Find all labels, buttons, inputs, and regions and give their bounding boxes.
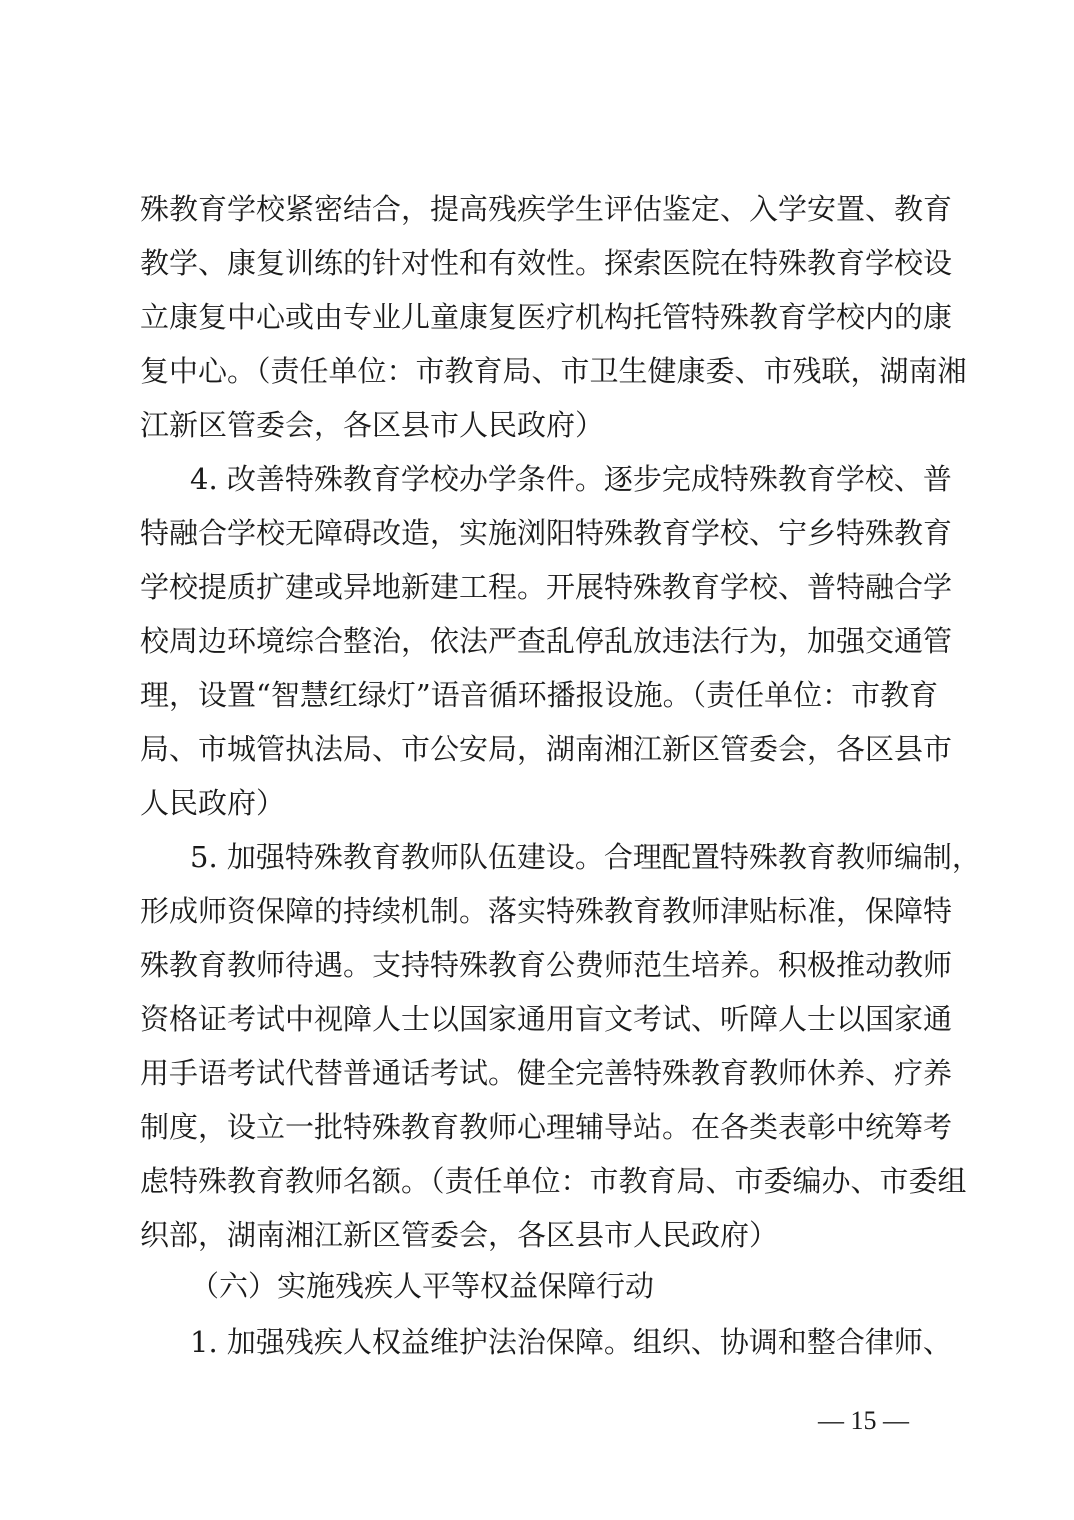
text-line: 殊教育教师待遇。支持特殊教育公费师范生培养。积极推动教师 <box>140 945 936 985</box>
text-line: 形成师资保障的持续机制。落实特殊教育教师津贴标准，保障特 <box>140 891 936 931</box>
text-line: 用手语考试代替普通话考试。健全完善特殊教育教师休养、疗养 <box>140 1053 936 1093</box>
text-line: 教学、康复训练的针对性和有效性。探索医院在特殊教育学校设 <box>140 243 936 283</box>
text-line: 立康复中心或由专业儿童康复医疗机构托管特殊教育学校内的康 <box>140 297 936 337</box>
section-heading: （六）实施残疾人平等权益保障行动 <box>190 1266 654 1306</box>
item-5-title-line: 5. 加强特殊教育教师队伍建设。合理配置特殊教育教师编制， <box>190 837 936 877</box>
document-page: 殊教育学校紧密结合，提高残疾学生评估鉴定、入学安置、教育 教学、康复训练的针对性… <box>0 0 1074 1520</box>
text-line: 织部，湖南湘江新区管委会，各区县市人民政府） <box>140 1215 936 1255</box>
text-line: 特融合学校无障碍改造，实施浏阳特殊教育学校、宁乡特殊教育 <box>140 513 936 553</box>
page-number: — 15 — <box>818 1403 909 1439</box>
text-line: 理，设置“智慧红绿灯”语音循环播报设施。（责任单位：市教育 <box>140 675 936 715</box>
text-line: 资格证考试中视障人士以国家通用盲文考试、听障人士以国家通 <box>140 999 936 1039</box>
item-1-title-line: 1. 加强残疾人权益维护法治保障。组织、协调和整合律师、 <box>190 1322 936 1362</box>
text-line: 局、市城管执法局、市公安局，湖南湘江新区管委会，各区县市 <box>140 729 936 769</box>
text-line: 殊教育学校紧密结合，提高残疾学生评估鉴定、入学安置、教育 <box>140 189 936 229</box>
text-line: 人民政府） <box>140 783 936 823</box>
item-4-title-line: 4. 改善特殊教育学校办学条件。逐步完成特殊教育学校、普 <box>190 459 936 499</box>
text-line: 江新区管委会，各区县市人民政府） <box>140 405 936 445</box>
text-line: 虑特殊教育教师名额。（责任单位：市教育局、市委编办、市委组 <box>140 1161 936 1201</box>
text-line: 学校提质扩建或异地新建工程。开展特殊教育学校、普特融合学 <box>140 567 936 607</box>
text-line: 复中心。（责任单位：市教育局、市卫生健康委、市残联，湖南湘 <box>140 351 936 391</box>
text-line: 校周边环境综合整治，依法严查乱停乱放违法行为，加强交通管 <box>140 621 936 661</box>
text-line: 制度，设立一批特殊教育教师心理辅导站。在各类表彰中统筹考 <box>140 1107 936 1147</box>
